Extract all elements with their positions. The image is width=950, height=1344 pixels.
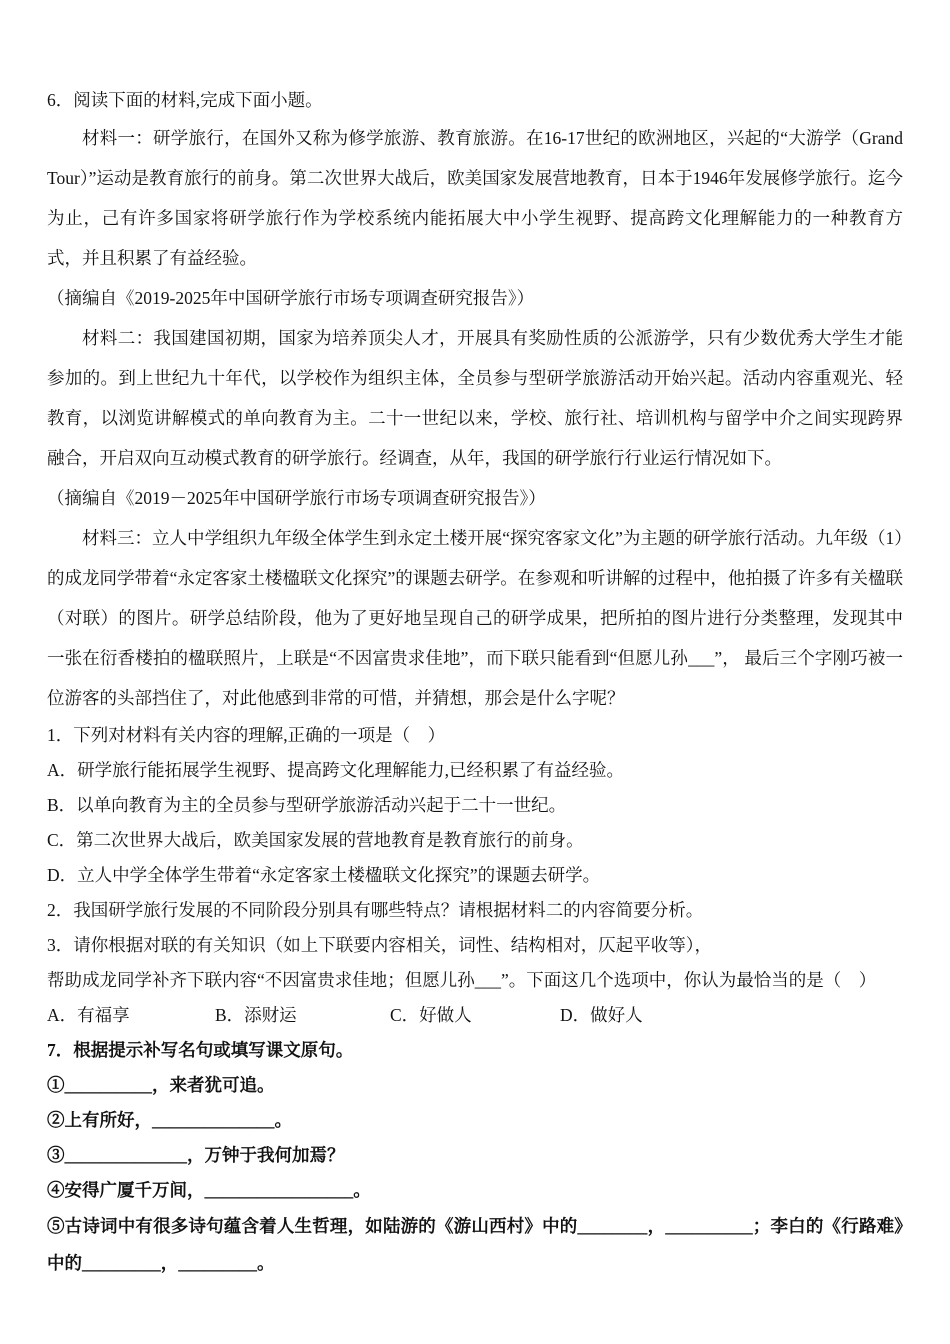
question-6-sub1-option-c: C．第二次世界大战后，欧美国家发展的营地教育是教育旅行的前身。 (47, 823, 903, 858)
question-7-item-3: ③______________，万钟于我何加焉？ (47, 1138, 903, 1173)
question-6-prompt: 6．阅读下面的材料,完成下面小题。 (47, 83, 903, 118)
question-6-sub3-option-b: B．添财运 (215, 998, 390, 1033)
question-6-sub1-stem: 1．下列对材料有关内容的理解,正确的一项是（ ） (47, 718, 903, 753)
material-2-paragraph: 材料二：我国建国初期，国家为培养顶尖人才，开展具有奖励性质的公派游学，只有少数优… (47, 318, 903, 478)
question-7-prompt: 7．根据提示补写名句或填写课文原句。 (47, 1033, 903, 1068)
material-1-source: （摘编自《2019-2025年中国研学旅行市场专项调查研究报告》） (47, 278, 903, 318)
question-6-sub3-options-row: A．有福享 B．添财运 C．好做人 D．做好人 (47, 998, 903, 1033)
question-6-sub1-option-b: B．以单向教育为主的全员参与型研学旅游活动兴起于二十一世纪。 (47, 788, 903, 823)
exam-page: 6．阅读下面的材料,完成下面小题。 材料一：研学旅行，在国外又称为修学旅游、教育… (0, 0, 950, 1344)
question-6-sub3-option-c: C．好做人 (390, 998, 560, 1033)
question-7-item-5: ⑤古诗词中有很多诗句蕴含着人生哲理，如陆游的《游山西村》中的________，_… (47, 1208, 903, 1282)
question-6-sub2-stem: 2．我国研学旅行发展的不同阶段分别具有哪些特点？请根据材料二的内容简要分析。 (47, 893, 903, 928)
question-6-sub3-option-a: A．有福享 (47, 998, 215, 1033)
question-6-sub1-option-a: A．研学旅行能拓展学生视野、提高跨文化理解能力,已经积累了有益经验。 (47, 753, 903, 788)
material-1-paragraph: 材料一：研学旅行，在国外又称为修学旅游、教育旅游。在16-17世纪的欧洲地区，兴… (47, 118, 903, 278)
question-7-item-4: ④安得广厦千万间，_________________。 (47, 1173, 903, 1208)
material-2-source: （摘编自《2019－2025年中国研学旅行市场专项调查研究报告》） (47, 478, 903, 518)
question-7-item-2: ②上有所好，______________。 (47, 1103, 903, 1138)
question-7-item-1: ①__________，来者犹可追。 (47, 1068, 903, 1103)
question-6-sub1-option-d: D．立人中学全体学生带着“永定客家土楼楹联文化探究”的课题去研学。 (47, 858, 903, 893)
question-6-sub3-stem-line2: 帮助成龙同学补齐下联内容“不因富贵求佳地；但愿儿孙___”。下面这几个选项中，你… (47, 963, 903, 998)
material-3-paragraph: 材料三：立人中学组织九年级全体学生到永定土楼开展“探究客家文化”为主题的研学旅行… (47, 518, 903, 718)
question-6-sub3-stem-line1: 3．请你根据对联的有关知识（如上下联要内容相关，词性、结构相对，仄起平收等）， (47, 928, 903, 963)
question-6-sub3-option-d: D．做好人 (560, 998, 643, 1033)
